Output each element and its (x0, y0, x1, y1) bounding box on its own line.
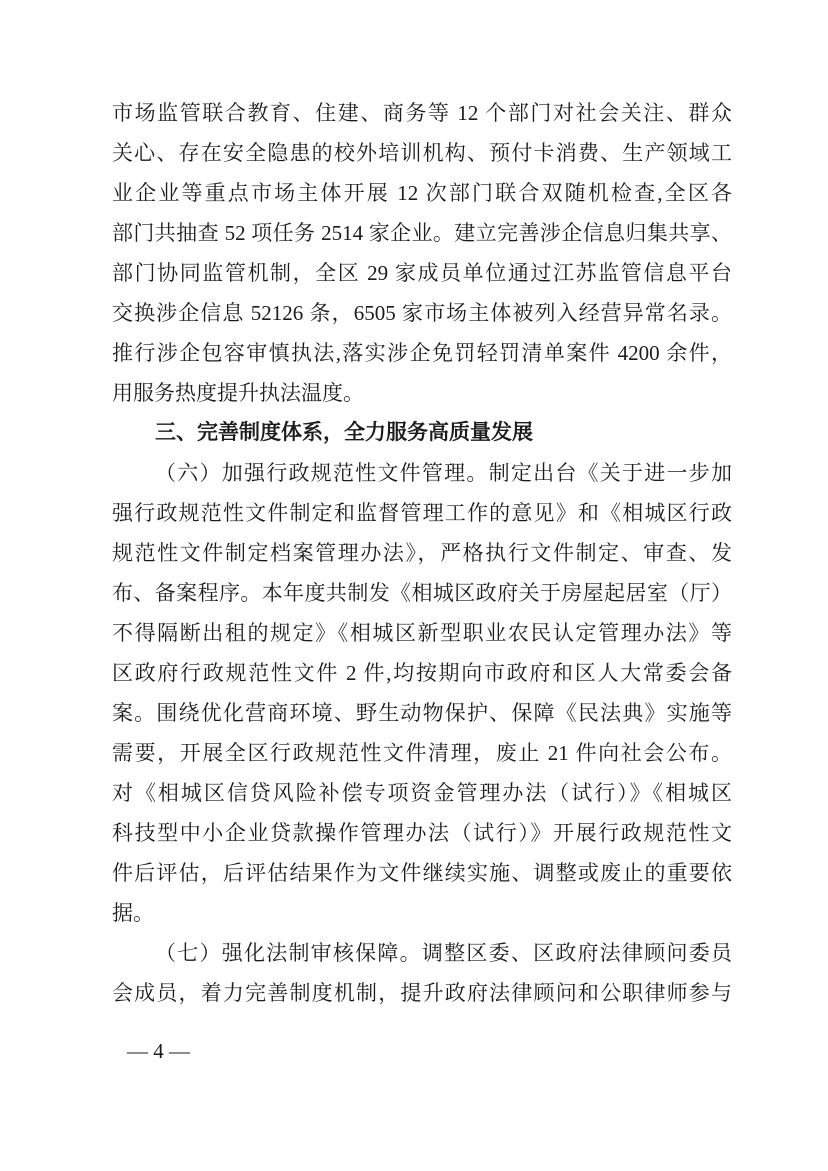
section-heading: 三、完善制度体系，全力服务高质量发展 (112, 413, 732, 453)
text-line: 不得隔断出租的规定》《相城区新型职业农民认定管理办法》等 (112, 613, 732, 653)
text-line: 据。 (112, 893, 732, 933)
text-line: 业企业等重点市场主体开展 12 次部门联合双随机检查,全区各 (112, 173, 732, 213)
text-line: 交换涉企信息 52126 条，6505 家市场主体被列入经营异常名录。 (112, 293, 732, 333)
text-line: 件后评估，后评估结果作为文件继续实施、调整或废止的重要依 (112, 853, 732, 893)
text-line: 规范性文件制定档案管理办法》，严格执行文件制定、审查、发 (112, 533, 732, 573)
text-line: 科技型中小企业贷款操作管理办法（试行）》开展行政规范性文 (112, 813, 732, 853)
page-number: — 4 — (127, 1031, 190, 1071)
body-paragraph: 市场监管联合教育、住建、商务等 12 个部门对社会关注、群众关心、存在安全隐患的… (112, 93, 732, 413)
text-line: （六）加强行政规范性文件管理。制定出台《关于进一步加 (112, 453, 732, 493)
text-line: 需要，开展全区行政规范性文件清理，废止 21 件向社会公布。 (112, 733, 732, 773)
text-line: 会成员，着力完善制度机制，提升政府法律顾问和公职律师参与 (112, 973, 732, 1013)
document-body: 市场监管联合教育、住建、商务等 12 个部门对社会关注、群众关心、存在安全隐患的… (112, 93, 732, 1013)
text-line: 用服务热度提升执法温度。 (112, 373, 732, 413)
document-page: 市场监管联合教育、住建、商务等 12 个部门对社会关注、群众关心、存在安全隐患的… (0, 0, 828, 1171)
text-line: 区政府行政规范性文件 2 件,均按期向市政府和区人大常委会备 (112, 653, 732, 693)
text-line: 推行涉企包容审慎执法,落实涉企免罚轻罚清单案件 4200 余件， (112, 333, 732, 373)
text-line: 三、完善制度体系，全力服务高质量发展 (112, 413, 732, 453)
text-line: 部门共抽查 52 项任务 2514 家企业。建立完善涉企信息归集共享、 (112, 213, 732, 253)
text-line: 布、备案程序。本年度共制发《相城区政府关于房屋起居室（厅） (112, 573, 732, 613)
body-paragraph: （六）加强行政规范性文件管理。制定出台《关于进一步加强行政规范性文件制定和监督管… (112, 453, 732, 933)
text-line: 关心、存在安全隐患的校外培训机构、预付卡消费、生产领域工 (112, 133, 732, 173)
text-line: 对《相城区信贷风险补偿专项资金管理办法（试行）》《相城区 (112, 773, 732, 813)
text-line: 强行政规范性文件制定和监督管理工作的意见》和《相城区行政 (112, 493, 732, 533)
text-line: 部门协同监管机制，全区 29 家成员单位通过江苏监管信息平台 (112, 253, 732, 293)
text-line: 案。围绕优化营商环境、野生动物保护、保障《民法典》实施等 (112, 693, 732, 733)
body-paragraph: （七）强化法制审核保障。调整区委、区政府法律顾问委员会成员，着力完善制度机制，提… (112, 933, 732, 1013)
text-line: （七）强化法制审核保障。调整区委、区政府法律顾问委员 (112, 933, 732, 973)
text-line: 市场监管联合教育、住建、商务等 12 个部门对社会关注、群众 (112, 93, 732, 133)
